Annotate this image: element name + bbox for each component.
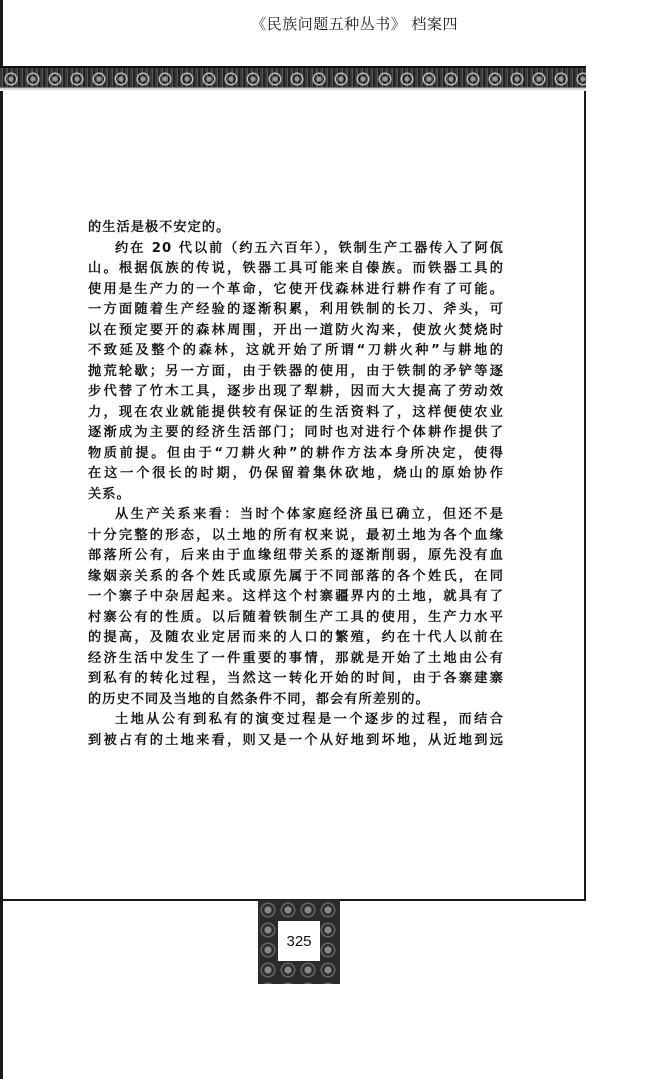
text-line: 到私有的转化过程，当然这一转化开始的时间，由于各寨建寨 — [88, 669, 504, 690]
text-line: 关系。 — [88, 485, 504, 506]
text-line: 村寨公有的性质。以后随着铁制生产工具的使用，生产力水平 — [88, 608, 504, 629]
text-line: 的历史不同及当地的自然条件不同，都会有所差别的。 — [88, 690, 504, 711]
text-line: 十分完整的形态，以土地的所有权来说，最初土地为各个血缘 — [88, 526, 504, 547]
text-line: 不致延及整个的森林，这就开始了所谓“刀耕火种”与耕地的 — [88, 341, 504, 362]
text-line: 使用是生产力的一个革命，它使开伐森林进行耕作有了可能。 — [88, 280, 504, 301]
text-line: 约在 20 代以前（约五六百年），铁制生产工器传入了阿佤 — [88, 239, 504, 260]
text-line: 力，现在农业就能提供较有保证的生活资料了，这样便使农业 — [88, 403, 504, 424]
text-line: 山。根据佤族的传说，铁器工具可能来自傣族。而铁器工具的 — [88, 259, 504, 280]
text-line: 的生活是极不安定的。 — [88, 218, 504, 239]
band-shadow — [0, 88, 586, 91]
ornamental-band-decoration — [0, 66, 586, 88]
text-line: 的提高，及随农业定居而来的人口的繁殖，约在十代人以前在 — [88, 628, 504, 649]
text-line: 以在预定要开的森林周围，开出一道防火沟来，使放火焚烧时 — [88, 321, 504, 342]
text-line: 土地从公有到私有的演变过程是一个逐步的过程，而结合 — [88, 710, 504, 731]
text-line: 在这一个很长的时期，仍保留着集休砍地，烧山的原始协作 — [88, 464, 504, 485]
text-line: 步代替了竹木工具，逐步出现了犁耕，因而大大提高了劳动效 — [88, 382, 504, 403]
text-line: 物质前提。但由于“刀耕火种”的耕作方法本身所决定，使得 — [88, 444, 504, 465]
text-line: 部落所公有，后来由于血缘纽带关系的逐渐削弱，原先没有血 — [88, 546, 504, 567]
running-header-title: 《民族问题五种丛书》 档案四 — [0, 13, 670, 34]
text-line: 经济生活中发生了一件重要的事情，那就是开始了土地由公有 — [88, 649, 504, 670]
text-line: 逐渐成为主要的经济生活部门；同时也对进行个体耕作提供了 — [88, 423, 504, 444]
text-line: 一个寨子中杂居起来。这样这个村寨疆界内的土地，就具有了 — [88, 587, 504, 608]
text-line: 缘姻亲关系的各个姓氏或原先属于不同部落的各个姓氏，在同 — [88, 567, 504, 588]
text-line: 从生产关系来看：当时个体家庭经济虽已确立，但还不是 — [88, 505, 504, 526]
text-line: 一方面随着生产经验的逐渐积累，利用铁制的长刀、斧头，可 — [88, 300, 504, 321]
body-text: 的生活是极不安定的。约在 20 代以前（约五六百年），铁制生产工器传入了阿佤山。… — [88, 218, 504, 751]
page-number: 325 — [278, 921, 320, 961]
text-line: 到被占有的土地来看，则又是一个从好地到坏地，从近地到远 — [88, 731, 504, 752]
text-line: 抛荒轮歇；另一方面，由于铁器的使用，由于铁制的矛铲等逐 — [88, 362, 504, 383]
page-number-ornament-icon: 325 — [258, 900, 340, 984]
